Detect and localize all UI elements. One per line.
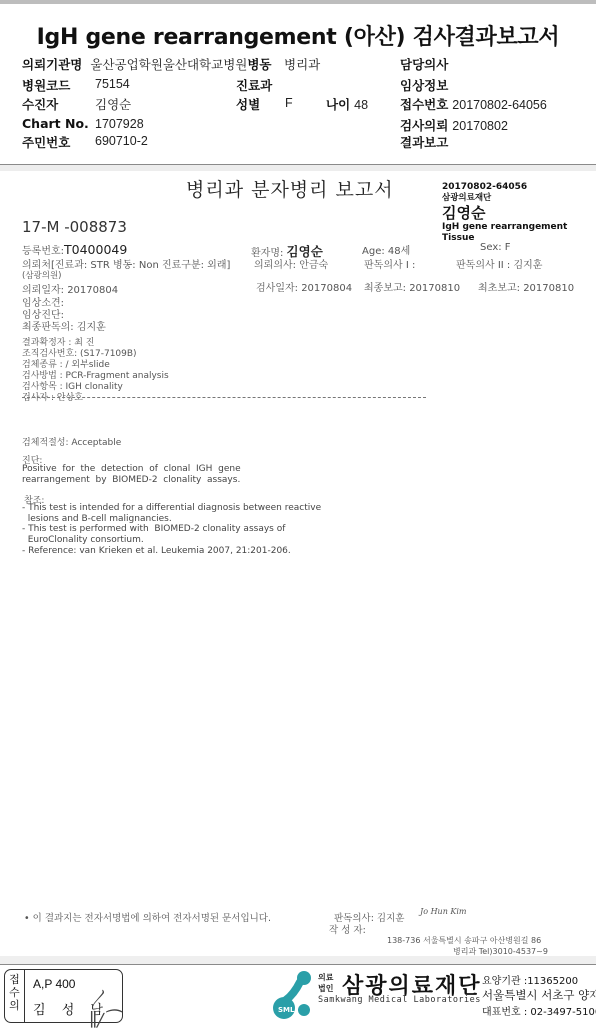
corp-code: 요양기관 :11365200 — [482, 972, 578, 987]
page-gap — [0, 956, 596, 964]
patient-value: 김영순 — [95, 98, 131, 112]
note-line: - Reference: van Krieken et al. Leukemia… — [22, 546, 321, 557]
specimen-label: 20170802-64056 삼광의료재단 김영순 IgH gene rearr… — [442, 182, 567, 244]
institution-row: 의뢰기관명 울산공업학원울산대학교병원병동 — [22, 55, 272, 73]
receipt-value: 20170802-64056 — [452, 98, 547, 112]
request-label: 검사의뢰 — [400, 118, 448, 133]
final-report-date: 최종보고: 20170810 — [364, 279, 460, 294]
note-line: EuroClonality consortium. — [22, 535, 321, 546]
receipt-label: 접수번호 — [400, 97, 448, 112]
reg-no: T0400049 — [64, 242, 127, 257]
report-title: 병리과 분자병리 보고서 — [186, 175, 394, 202]
diagnosis-line: rearrangement by BIOMED-2 clonality assa… — [22, 475, 241, 486]
clinical-info-label: 임상정보 — [400, 78, 448, 93]
age-value: 48 — [354, 98, 368, 112]
reader-2: 판독의사 II : 김지훈 — [456, 256, 542, 271]
divider — [0, 964, 596, 965]
test-item: 검사항목 : IGH clonality — [22, 382, 169, 393]
corp-phone: 대표번호 : 02-3497-5100 — [482, 1003, 596, 1018]
stamp-ap: A,P 400 — [33, 977, 75, 991]
test-date: 검사일자: 20170804 — [256, 279, 352, 294]
dept-label: 진료과 — [236, 78, 272, 93]
document-title: IgH gene rearrangement (아산) 검사결과보고서 — [0, 20, 596, 51]
e-signature-note: • 이 결과지는 전자서명법에 의하여 전자서명된 문서입니다. — [24, 910, 271, 924]
tester: 검사자 : 안상호 — [22, 393, 169, 404]
note-line: lesions and B-cell malignancies. — [22, 514, 321, 525]
stamp-label: 접수의 — [5, 970, 25, 1022]
accession-number: 17-M -008873 — [22, 218, 127, 236]
age-label: 나이 — [326, 97, 350, 112]
institution-value: 울산공업학원울산대학교병원 — [90, 58, 247, 72]
specimen-test: IgH gene rearrangement — [442, 222, 567, 233]
diagnosis: Positive for the detection of clonal IGH… — [22, 464, 241, 486]
hospital-code-value: 75154 — [95, 77, 130, 91]
dashed-divider — [22, 397, 426, 398]
first-report-date: 최초보고: 20170810 — [478, 279, 574, 294]
corp-address: 서울특별시 서초구 양재 — [482, 987, 596, 1003]
diagnosis-line: Positive for the detection of clonal IGH… — [22, 464, 241, 475]
chart-value: 1707928 — [95, 117, 144, 131]
requesting-doctor: 의뢰의사: 안금숙 — [254, 256, 328, 271]
corp-type-2: 법인 — [318, 983, 333, 994]
page-gap — [0, 165, 596, 171]
ward-label: 병동 — [247, 57, 271, 72]
reader-1: 판독의사 I : — [364, 256, 415, 271]
resident-label: 주민번호 — [22, 135, 70, 150]
writer: 작 성 자: — [329, 922, 366, 936]
ward-value: 병리과 — [284, 58, 320, 72]
corp-type: 의료 법인 — [318, 972, 333, 994]
specimen-patient: 김영순 — [442, 204, 567, 222]
sex-value: F — [285, 96, 293, 110]
signature-icon: 〳∥∕⁀ — [89, 984, 122, 1031]
top-border — [0, 0, 596, 4]
corp-english-name: Samkwang Medical Laboratories — [318, 995, 481, 1005]
sml-logo-icon: SML — [272, 970, 316, 1020]
specimen-receipt: 20170802-64056 — [442, 182, 567, 193]
chart-label: Chart No. — [22, 116, 89, 131]
reception-stamp: 접수의 A,P 400 김 성 남 〳∥∕⁀ — [4, 969, 123, 1023]
final-reader: 최종판독의: 김지훈 — [22, 318, 106, 333]
institution-label: 의뢰기관명 — [22, 57, 82, 72]
note-line: - This test is intended for a differenti… — [22, 503, 321, 514]
svg-text:SML: SML — [278, 1006, 295, 1014]
request-value: 20170802 — [452, 119, 508, 133]
age: Age: 48세 — [362, 242, 410, 257]
corp-type-1: 의료 — [318, 972, 333, 983]
resident-value: 690710-2 — [95, 134, 148, 148]
specimen-org: 삼광의료재단 — [442, 193, 567, 204]
sex-label: 성별 — [236, 97, 260, 112]
address: 138-736 서울특별시 송파구 아산병원길 86 — [387, 935, 541, 946]
specimen-type: 검체종류 : / 외부slide — [22, 360, 169, 371]
test-method: 검사방법 : PCR-Fragment analysis — [22, 371, 169, 382]
sex: Sex: F — [480, 242, 511, 253]
requester-sub: (삼광의원) — [22, 269, 61, 281]
note-line: - This test is performed with BIOMED-2 c… — [22, 524, 321, 535]
reader-signature-icon: Jo Hun Kim — [420, 907, 467, 916]
specimen-adequacy: 검체적절성: Acceptable — [22, 435, 121, 448]
confirmer: 결과확정자 : 최 진 — [22, 338, 169, 349]
hospital-code-label: 병원코드 — [22, 78, 70, 93]
tissue-number: 조직검사번호: (S17-7109B) — [22, 349, 169, 360]
notes: - This test is intended for a differenti… — [22, 503, 321, 557]
result-label: 결과보고 — [400, 135, 448, 150]
doctor-label: 담당의사 — [400, 57, 448, 72]
test-details: 결과확정자 : 최 진 조직검사번호: (S17-7109B) 검체종류 : /… — [22, 338, 169, 404]
patient-label: 수진자 — [22, 97, 58, 112]
